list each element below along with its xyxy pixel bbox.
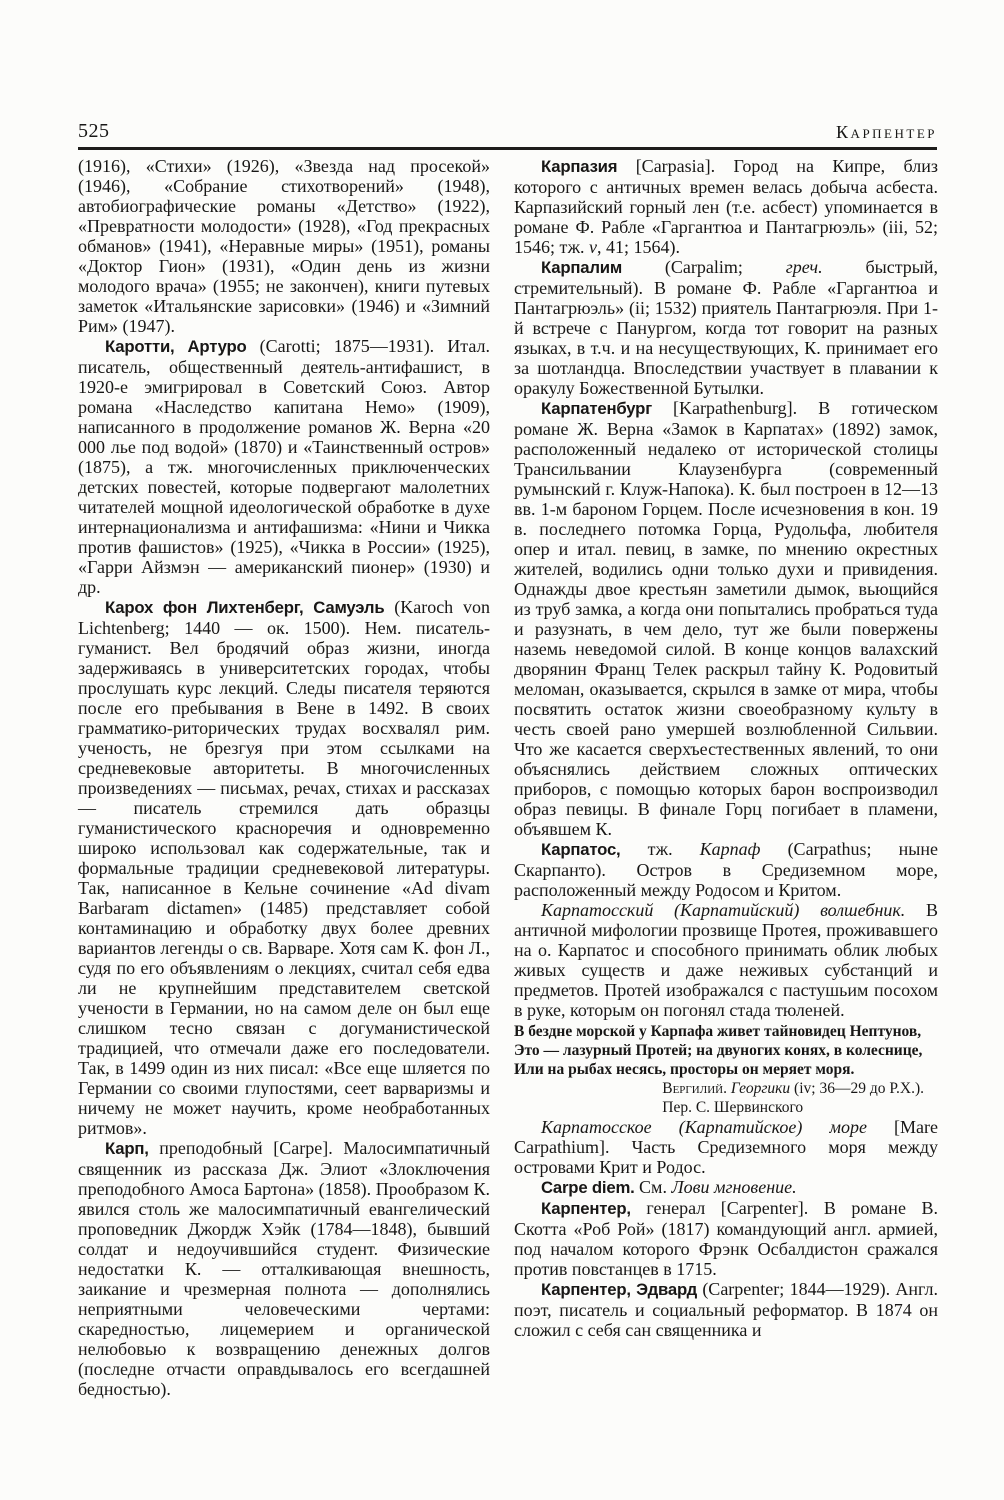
entry-text: преподобный [Carpe]. Малосимпатичный свя… — [78, 1138, 490, 1399]
entry-text: [Karpathenburg]. В готическом романе Ж. … — [514, 398, 938, 839]
entry-karoch-von-lichtenberg: Карох фон Лихтенберг, Самуэль (Karoch vo… — [78, 597, 490, 1138]
entry-text: (Carpalim; — [665, 257, 786, 277]
headword: Карпалим — [541, 258, 665, 277]
book-page: 525 Карпентер (1916), «Стихи» (1926), «З… — [0, 0, 1004, 1500]
entry-text-italic: v — [589, 237, 597, 257]
headword: Карпатос, — [541, 840, 648, 859]
verse-work: Георгики — [731, 1080, 790, 1097]
entry-karpatos: Карпатос, тж. Карпаф (Carpathus; ныне Ск… — [514, 839, 938, 900]
entry-karotti-arturo: Каротти, Артуро (Carotti; 1875—1931). Ит… — [78, 336, 490, 597]
page-number: 525 — [78, 119, 110, 143]
entry-text-italic: греч. — [786, 257, 823, 277]
entry-karpatenburg: Карпатенбург [Karpathenburg]. В готическ… — [514, 398, 938, 839]
entry-karpalim: Карпалим (Carpalim; греч. быстрый, стрем… — [514, 257, 938, 398]
subentry-karpatosskoe-more: Карпатосское (Карпатийское) море [Mare C… — [514, 1117, 938, 1177]
headword: Карпазия — [541, 157, 636, 176]
entry-carpe-diem: Carpe diem. См. Лови мгновение. — [514, 1177, 938, 1198]
subentry-headword: Карпатосское (Карпатийское) море — [541, 1117, 894, 1137]
entry-text: (1916), «Стихи» (1926), «Звезда над прос… — [78, 156, 490, 336]
verse-quote: В бездне морской у Карпафа живет тайнови… — [514, 1022, 938, 1079]
subentry-headword: Карпатосский (Карпатийский) волшебник. — [541, 900, 905, 920]
entry-karp: Карп, преподобный [Carpe]. Малосимпатичн… — [78, 1138, 490, 1399]
entry-text: См. — [639, 1177, 671, 1197]
verse-author: Вергилий. — [662, 1080, 727, 1097]
subentry-karpatosskiy-volshebnik: Карпатосский (Карпатийский) волшебник. В… — [514, 900, 938, 1020]
header-rule — [78, 147, 937, 150]
entry-text: тж. — [648, 839, 700, 859]
verse-line: Или на рыбах несясь, просторы он меряет … — [514, 1060, 938, 1079]
verse-translator: Пер. С. Шервинского — [662, 1098, 924, 1117]
headword: Карох фон Лихтенберг, Самуэль — [105, 598, 394, 617]
entry-karpenter-general: Карпентер, генерал [Carpenter]. В романе… — [514, 1198, 938, 1279]
headword: Карпатенбург — [541, 399, 673, 418]
headword: Карпентер, — [541, 1199, 646, 1218]
headword: Карпентер, Эдвард — [541, 1280, 702, 1299]
right-column: Карпазия [Carpasia]. Город на Кипре, бли… — [514, 156, 938, 1399]
entry-text: (Carotti; 1875—1931). Итал. писатель, об… — [78, 336, 490, 597]
entry-text: быстрый, стремительный). В романе Ф. Раб… — [514, 257, 938, 398]
verse-line: В бездне морской у Карпафа живет тайнови… — [514, 1022, 938, 1041]
headword: Каротти, Артуро — [105, 337, 260, 356]
cross-reference: Лови мгновение. — [671, 1177, 796, 1197]
entry-karpenter-edvard: Карпентер, Эдвард (Carpenter; 1844—1929)… — [514, 1279, 938, 1340]
verse-line: Это — лазурный Протей; на двуногих конях… — [514, 1041, 938, 1060]
verse-attribution: Вергилий. Георгики (iv; 36—29 до Р.Х.).П… — [662, 1079, 924, 1117]
entry-karpasia: Карпазия [Carpasia]. Город на Кипре, бли… — [514, 156, 938, 257]
running-head: Карпентер — [836, 120, 937, 144]
entry-text: (Karoch von Lichtenberg; 1440 — ок. 1500… — [78, 597, 490, 1138]
entry-text: , 41; 1564). — [597, 237, 680, 257]
headword: Карп, — [105, 1139, 159, 1158]
headword: Carpe diem. — [541, 1178, 639, 1197]
text-columns: (1916), «Стихи» (1926), «Звезда над прос… — [78, 156, 938, 1399]
entry-continuation: (1916), «Стихи» (1926), «Звезда над прос… — [78, 156, 490, 336]
verse-reference: (iv; 36—29 до Р.Х.). — [790, 1080, 924, 1097]
entry-text-italic: Карпаф — [700, 839, 788, 859]
left-column: (1916), «Стихи» (1926), «Звезда над прос… — [78, 156, 490, 1399]
